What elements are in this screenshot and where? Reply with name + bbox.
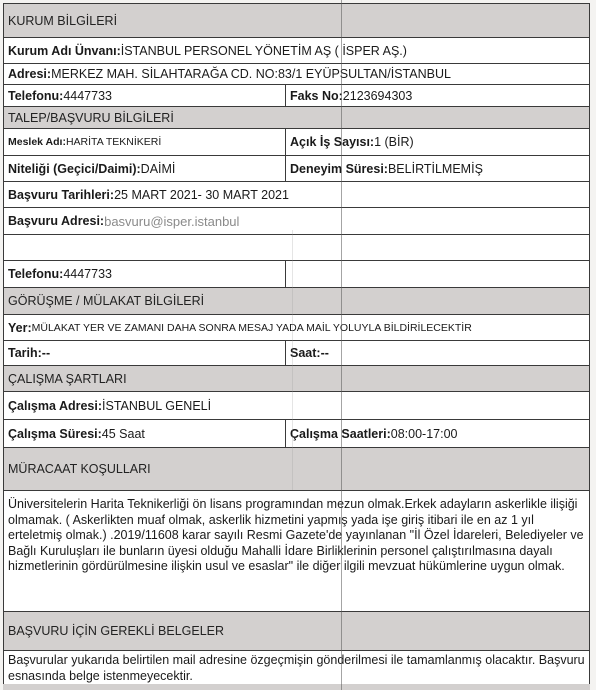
fax-value: 2123694303 [343, 89, 413, 103]
field-label: Açık İş Sayısı: [290, 135, 374, 149]
documents-text: Başvurular yukarıda belirtilen mail adre… [4, 651, 589, 684]
section-header-belgeler: BAŞVURU İÇİN GEREKLİ BELGELER [4, 612, 589, 651]
section-header-kurum: KURUM BİLGİLERİ [4, 4, 589, 38]
row-talep-phone: Telefonu: 4447733 [4, 261, 589, 288]
field-label: Niteliği (Geçici/Daimi): [8, 162, 141, 176]
conditions-text: Üniversitelerin Harita Teknikerliği ön l… [4, 491, 589, 611]
dates-value: 25 MART 2021- 30 MART 2021 [114, 188, 289, 202]
row-required-documents: Başvurular yukarıda belirtilen mail adre… [4, 651, 589, 685]
paper-fold-line-faint [292, 230, 293, 490]
field-label: Telefonu: [8, 267, 63, 281]
section-title: TALEP/BAŞVURU BİLGİLERİ [4, 107, 589, 128]
section-title: MÜRACAAT KOŞULLARI [4, 448, 589, 490]
address-value: MERKEZ MAH. SİLAHTARAĞA CD. NO:83/1 EYÜP… [51, 67, 451, 81]
section-header-gorusme: GÖRÜŞME / MÜLAKAT BİLGİLERİ [4, 288, 589, 315]
section-title: KURUM BİLGİLERİ [4, 4, 589, 37]
interview-time: Saat:-- [290, 346, 329, 360]
next-section-edge [3, 684, 590, 690]
field-label: Meslek Adı: [8, 136, 66, 148]
row-interview-datetime: Tarih:-- Saat:-- [4, 341, 589, 366]
row-address: Adresi: MERKEZ MAH. SİLAHTARAĞA CD. NO:8… [4, 64, 589, 85]
apply-email-link[interactable]: basvuru@isper.istanbul [104, 214, 239, 229]
row-phone-fax: Telefonu: 4447733 Faks No: 2123694303 [4, 85, 589, 107]
profession-value: HARİTA TEKNİKERİ [66, 136, 161, 148]
field-label: Başvuru Tarihleri: [8, 188, 114, 202]
row-institution-name: Kurum Adı Ünvanı: İSTANBUL PERSONEL YÖNE… [4, 38, 589, 64]
row-apply-address: Başvuru Adresi: basvuru@isper.istanbul [4, 208, 589, 235]
field-label: Çalışma Adresi: [8, 399, 102, 413]
field-label: Çalışma Süresi: [8, 427, 102, 441]
row-profession: Meslek Adı: HARİTA TEKNİKERİ Açık İş Say… [4, 129, 589, 156]
field-label: Yer: [8, 321, 32, 335]
interview-place-value: MÜLAKAT YER VE ZAMANI DAHA SONRA MESAJ Y… [32, 322, 472, 334]
row-work-address: Çalışma Adresi: İSTANBUL GENELİ [4, 392, 589, 420]
work-address-value: İSTANBUL GENELİ [102, 399, 211, 413]
nature-value: DAİMİ [141, 162, 176, 176]
field-label: Deneyim Süresi: [290, 162, 388, 176]
row-interview-place: Yer: MÜLAKAT YER VE ZAMANI DAHA SONRA ME… [4, 315, 589, 341]
institution-name: İSTANBUL PERSONEL YÖNETİM AŞ ( İSPER AŞ.… [121, 44, 407, 58]
section-header-calisma: ÇALIŞMA ŞARTLARI [4, 366, 589, 392]
row-application-conditions: Üniversitelerin Harita Teknikerliği ön l… [4, 491, 589, 612]
job-posting-form: KURUM BİLGİLERİ Kurum Adı Ünvanı: İSTANB… [3, 3, 590, 685]
field-label: Adresi: [8, 67, 51, 81]
section-title: GÖRÜŞME / MÜLAKAT BİLGİLERİ [4, 288, 589, 314]
field-label: Kurum Adı Ünvanı: [8, 44, 121, 58]
experience-value: BELİRTİLMEMİŞ [388, 162, 483, 176]
hours-value: 08:00-17:00 [391, 427, 458, 441]
section-title: BAŞVURU İÇİN GEREKLİ BELGELER [4, 612, 589, 650]
field-label: Başvuru Adresi: [8, 214, 104, 228]
field-label: Faks No: [290, 89, 343, 103]
row-dates: Başvuru Tarihleri: 25 MART 2021- 30 MART… [4, 182, 589, 208]
section-header-muracaat: MÜRACAAT KOŞULLARI [4, 448, 589, 491]
paper-fold-line [341, 0, 342, 690]
interview-date: Tarih:-- [8, 346, 50, 360]
row-empty [4, 235, 589, 261]
section-header-talep: TALEP/BAŞVURU BİLGİLERİ [4, 107, 589, 129]
row-nature: Niteliği (Geçici/Daimi): DAİMİ Deneyim S… [4, 156, 589, 182]
row-work-hours: Çalışma Süresi: 45 Saat Çalışma Saatleri… [4, 420, 589, 448]
openings-value: 1 (BİR) [374, 135, 414, 149]
phone-value: 4447733 [63, 89, 112, 103]
duration-value: 45 Saat [102, 427, 145, 441]
section-title: ÇALIŞMA ŞARTLARI [4, 366, 589, 391]
phone-value: 4447733 [63, 267, 112, 281]
field-label: Telefonu: [8, 89, 63, 103]
